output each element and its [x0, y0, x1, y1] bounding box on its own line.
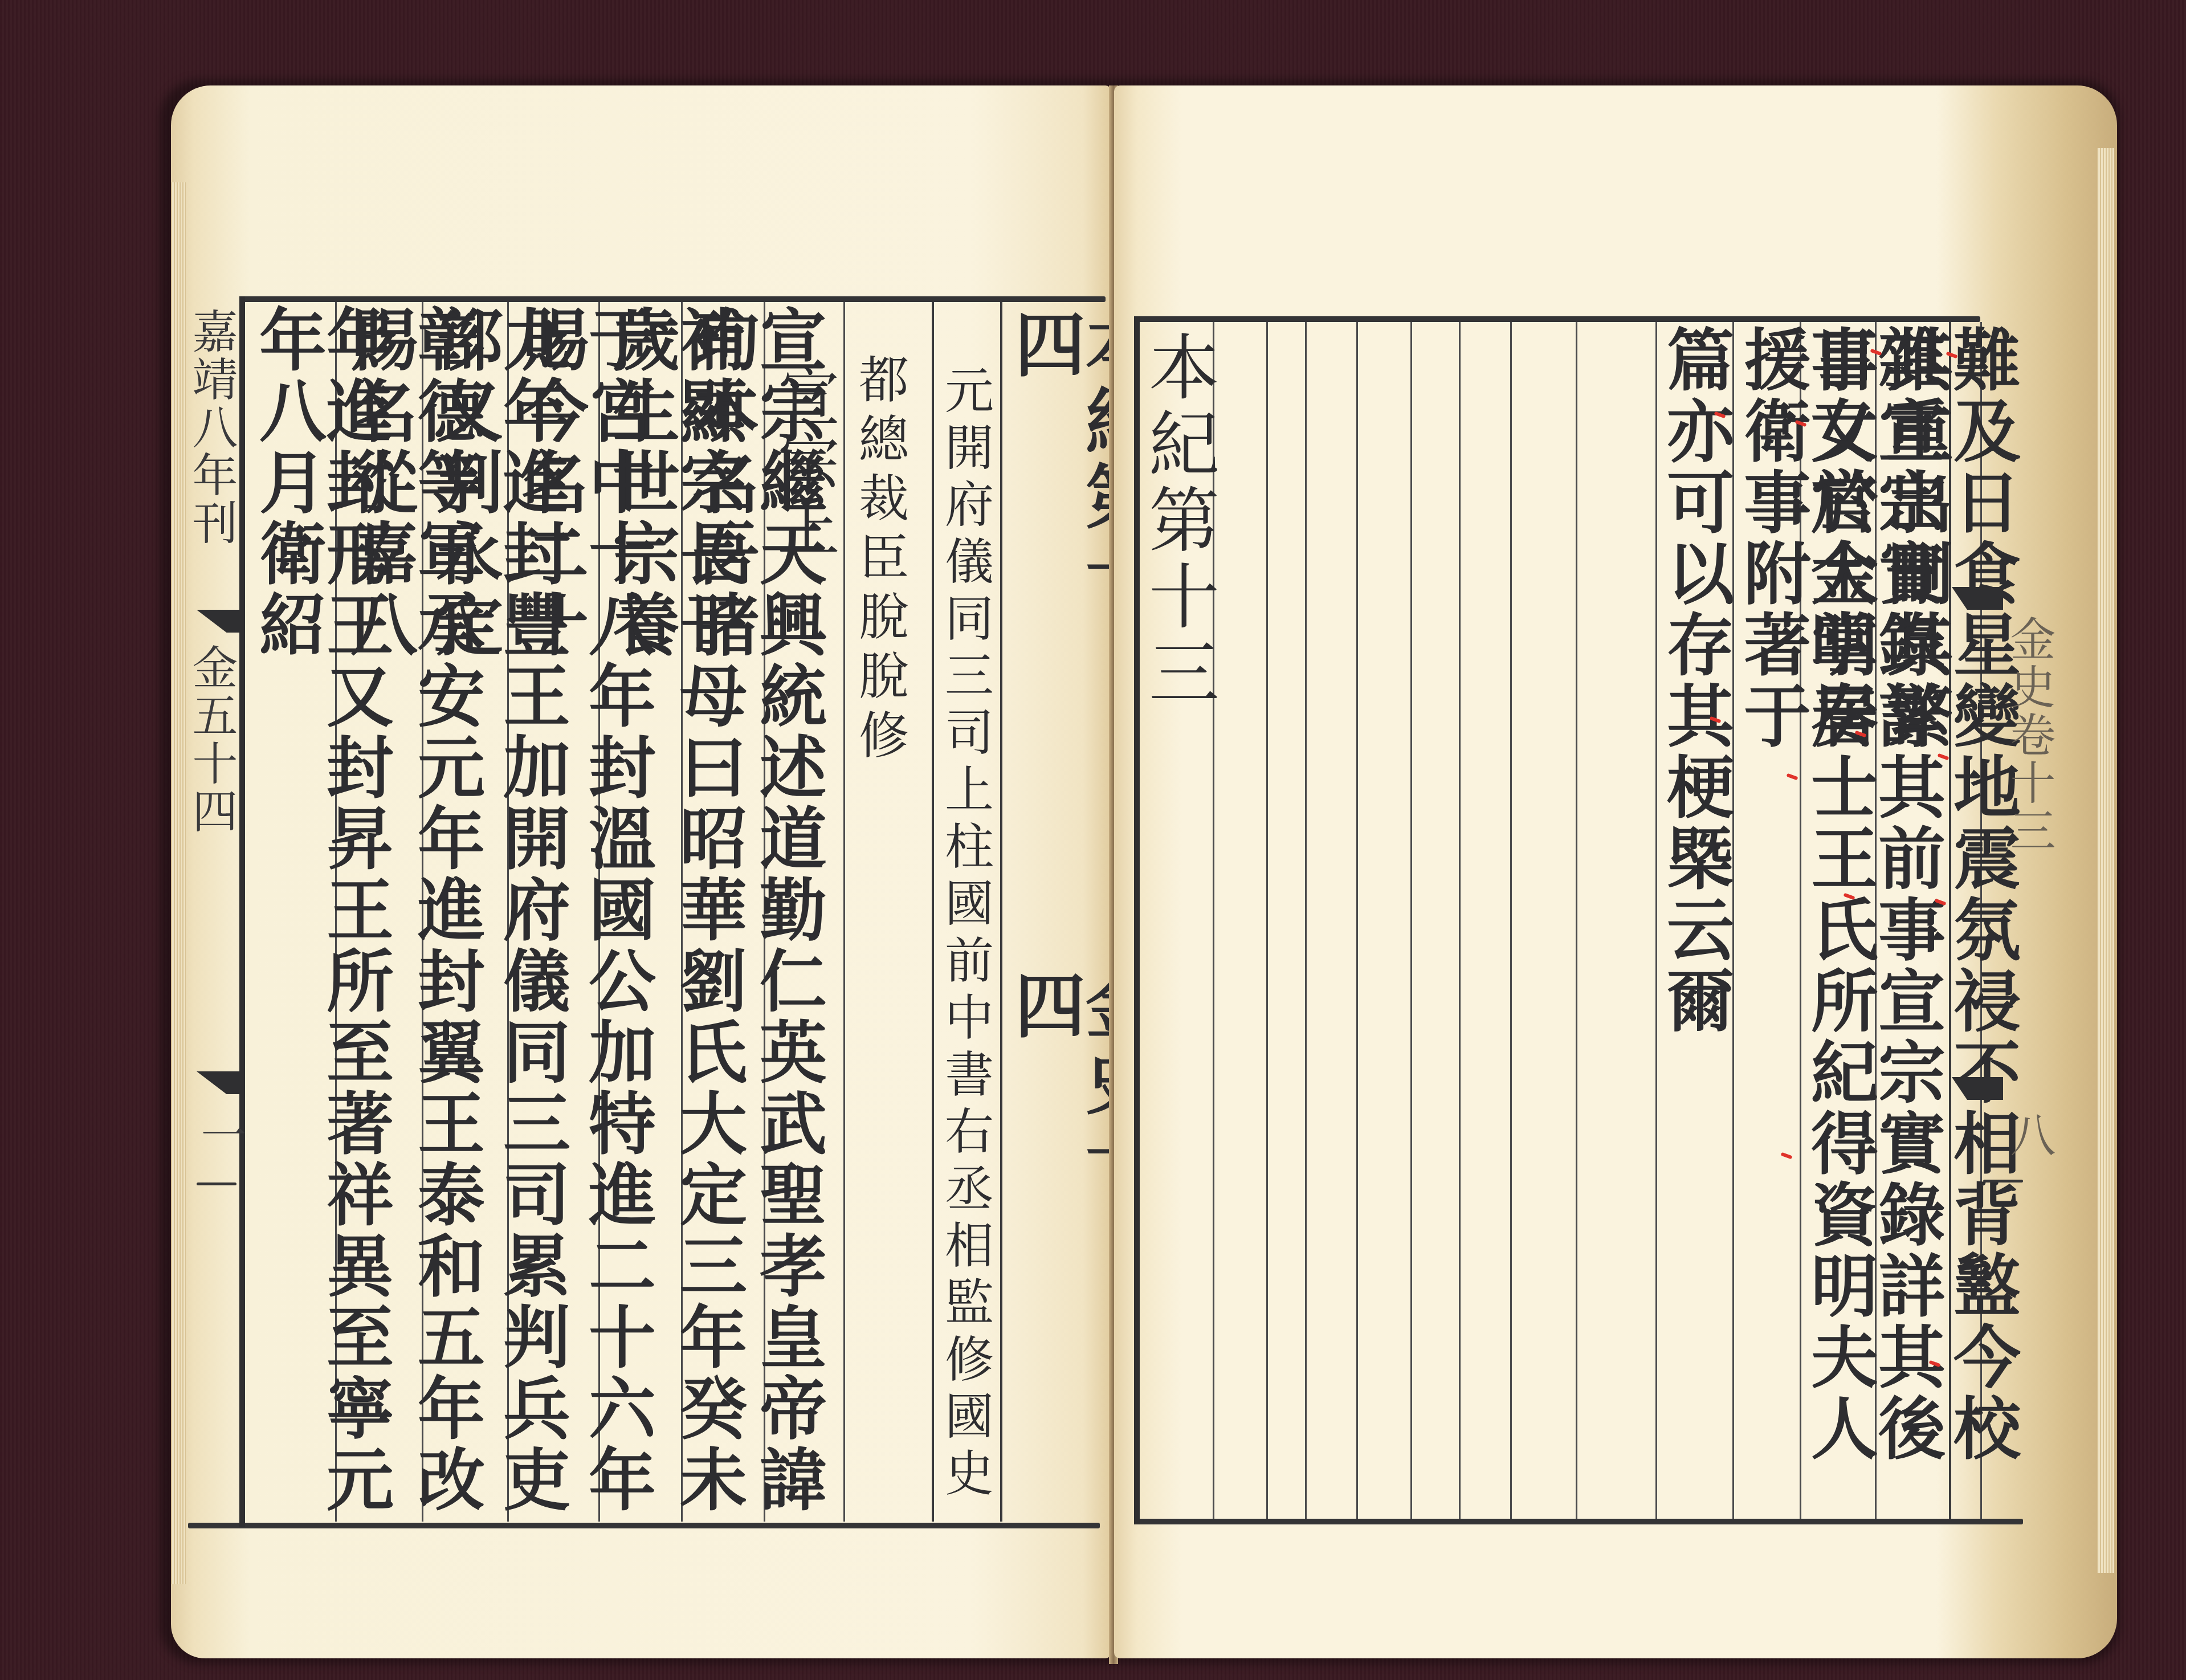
column-divider — [1410, 322, 1412, 1519]
credit-line-1: 元開府儀同三司上柱國前中書右丞相監修國史 — [940, 365, 989, 1504]
credit-line-2: 都總裁臣脫脫修 — [855, 353, 905, 866]
column-divider — [1356, 322, 1358, 1519]
column-divider — [1305, 322, 1307, 1519]
left-page-top-border — [239, 296, 1106, 302]
page-number-right: 八 — [2006, 1111, 2052, 1163]
column-divider — [1510, 322, 1512, 1519]
column-divider — [1000, 302, 1002, 1522]
column-divider — [932, 302, 934, 1522]
chapter-heading-right: 本紀第十三 — [1143, 331, 1213, 729]
column-divider — [843, 302, 845, 1522]
left-page-bottom-border — [188, 1523, 1100, 1528]
margin-rule-right — [1983, 1180, 2023, 1182]
column-divider — [1459, 322, 1461, 1519]
right-page-top-border — [1137, 316, 1980, 322]
margin-rule — [197, 1182, 236, 1185]
volume-label: 金五十四 — [188, 644, 234, 883]
right-text-column-3: 目女官大明居士王氏所紀得資明夫人援衛事附著于 — [1738, 325, 1873, 1527]
right-page-stack-edge — [2097, 148, 2114, 1573]
book-title-margin: 金史卷十三 — [2006, 615, 2052, 872]
left-page-stack-edge — [171, 182, 186, 1584]
column-divider — [1576, 322, 1577, 1519]
text-column-6: 年進封邢王又封昇王所至著祥異至寧元年八月衛紹 — [254, 305, 388, 1519]
left-page-inner-border — [239, 296, 245, 1527]
edition-label: 嘉靖八年刊 — [188, 308, 234, 604]
right-text-column-4: 篇亦可以存其梗槩云爾 — [1661, 325, 1728, 1527]
page-number-left: 一 — [197, 1111, 242, 1163]
column-divider — [1266, 322, 1268, 1519]
